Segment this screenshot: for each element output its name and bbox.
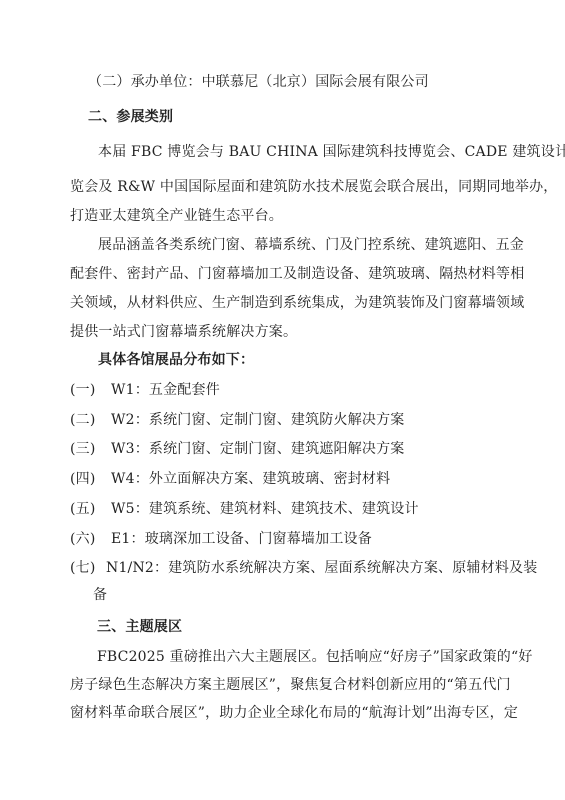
paragraph-line: 房子绿色生态解决方案主题展区”，聚焦复合材料创新应用的“第五代门 xyxy=(70,676,511,694)
hall-item-number: (二) xyxy=(70,411,96,429)
distribution-heading: 具体各馆展品分布如下： xyxy=(98,351,254,369)
hall-item-number: (六) xyxy=(70,530,96,548)
hall-item-number: (四) xyxy=(70,470,96,488)
organizer-line: （二）承办单位：中联慕尼（北京）国际会展有限公司 xyxy=(88,73,429,91)
paragraph-line: 览会及 R&W 中国国际屋面和建筑防水技术展览会联合展出，同期同地举办， xyxy=(70,178,558,196)
paragraph-line: 本届 FBC 博览会与 BAU CHINA 国际建筑科技博览会、CADE 建筑设… xyxy=(98,143,565,161)
document-page: （二）承办单位：中联慕尼（北京）国际会展有限公司 二、参展类别 本届 FBC 博… xyxy=(0,0,565,800)
hall-item-number: (五) xyxy=(70,500,96,518)
hall-item-number: (三) xyxy=(70,440,96,458)
hall-item-text: W5：建筑系统、建筑材料、建筑技术、建筑设计 xyxy=(111,500,419,518)
hall-item-text: E1：玻璃深加工设备、门窗幕墙加工设备 xyxy=(111,530,372,548)
hall-item-continuation: 备 xyxy=(93,586,107,604)
hall-item-text: W3：系统门窗、定制门窗、建筑遮阳解决方案 xyxy=(111,440,405,458)
hall-item-text: W4：外立面解决方案、建筑玻璃、密封材料 xyxy=(111,470,390,488)
hall-item-text: W1：五金配套件 xyxy=(111,381,220,399)
hall-item-number: (一) xyxy=(70,381,96,399)
hall-item-text: N1/N2：建筑防水系统解决方案、屋面系统解决方案、原辅材料及装 xyxy=(106,559,537,577)
hall-item-text: W2：系统门窗、定制门窗、建筑防火解决方案 xyxy=(111,411,405,429)
paragraph-line: 提供一站式门窗幕墙系统解决方案。 xyxy=(70,323,297,341)
hall-item-number: (七) xyxy=(70,559,96,577)
paragraph-line: 打造亚太建筑全产业链生态平台。 xyxy=(70,207,283,225)
paragraph-line: 关领域，从材料供应、生产制造到系统集成，为建筑装饰及门窗幕墙领域 xyxy=(70,294,524,312)
paragraph-line: 展品涵盖各类系统门窗、幕墙系统、门及门控系统、建筑遮阳、五金 xyxy=(98,236,524,254)
section-heading-exhibit-categories: 二、参展类别 xyxy=(88,108,173,126)
section-heading-theme-zones: 三、主题展区 xyxy=(97,618,182,636)
paragraph-line: 配套件、密封产品、门窗幕墙加工及制造设备、建筑玻璃、隔热材料等相 xyxy=(70,265,524,283)
paragraph-line: 窗材料革命联合展区”，助力企业全球化布局的“航海计划”出海专区，定 xyxy=(70,704,518,722)
paragraph-line: FBC2025 重磅推出六大主题展区。包括响应“好房子”国家政策的“好 xyxy=(97,648,533,666)
